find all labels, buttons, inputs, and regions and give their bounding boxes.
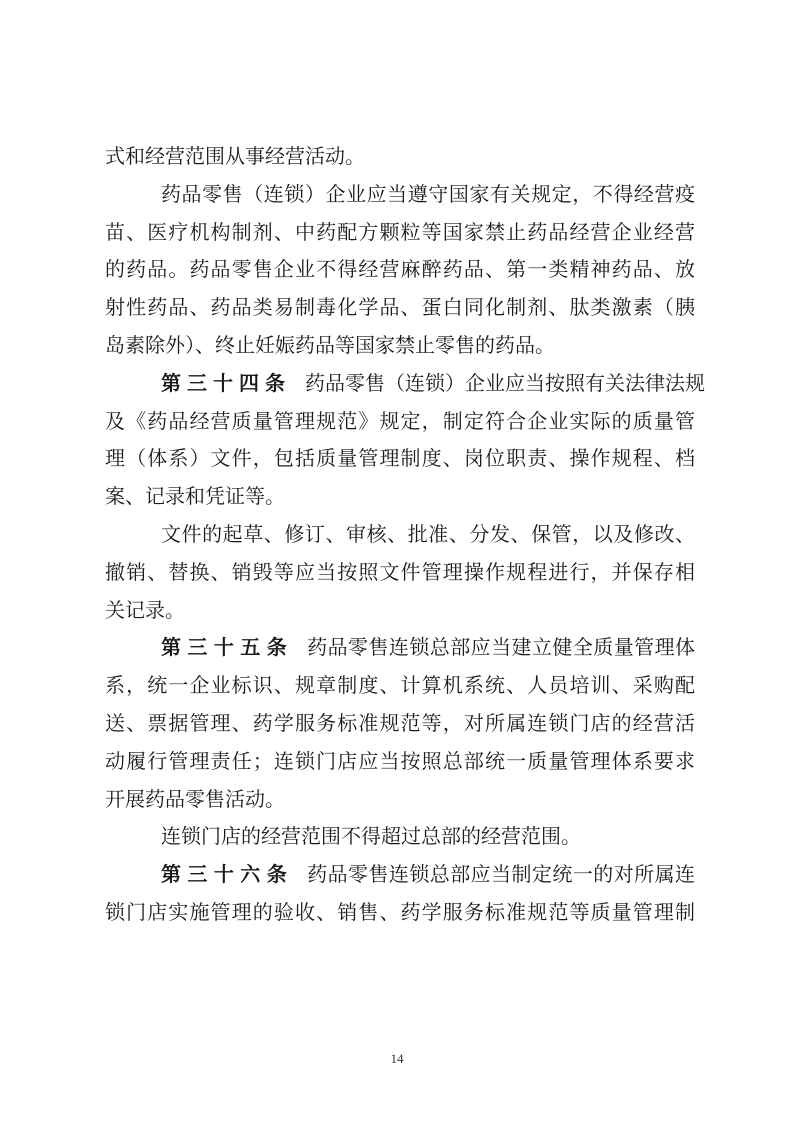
text-line: 射性药品、药品类易制毒化学品、蛋白同化制剂、肽类激素（胰 — [105, 289, 695, 327]
document-page: 式和经营范围从事经营活动。 药品零售（连锁）企业应当遵守国家有关规定，不得经营疫… — [105, 138, 695, 932]
text-line: 及《药品经营质量管理规范》规定，制定符合企业实际的质量管 — [105, 403, 695, 441]
article-text: 药品零售（连锁）企业应当按照有关法律法规 — [305, 371, 705, 395]
text-line: 案、记录和凭证等。 — [105, 478, 695, 516]
text-line: 的药品。药品零售企业不得经营麻醉药品、第一类精神药品、放 — [105, 251, 695, 289]
text-line: 岛素除外）、终止妊娠药品等国家禁止零售的药品。 — [105, 327, 695, 365]
article-number: 第三十六条 — [161, 862, 293, 886]
text-line: 送、票据管理、药学服务标准规范等，对所属连锁门店的经营活 — [105, 705, 695, 743]
article-number: 第三十五条 — [161, 635, 293, 659]
page-number: 14 — [0, 1051, 794, 1067]
text-line: 文件的起草、修订、审核、批准、分发、保管，以及修改、 — [105, 516, 695, 554]
text-line: 关记录。 — [105, 592, 695, 630]
text-line: 撤销、替换、销毁等应当按照文件管理操作规程进行，并保存相 — [105, 554, 695, 592]
article-number: 第三十四条 — [161, 371, 291, 395]
text-line: 锁门店实施管理的验收、销售、药学服务标准规范等质量管理制 — [105, 894, 695, 932]
article-heading-line: 第三十四条药品零售（连锁）企业应当按照有关法律法规 — [105, 365, 695, 403]
text-line: 苗、医疗机构制剂、中药配方颗粒等国家禁止药品经营企业经营 — [105, 214, 695, 252]
text-line: 理（体系）文件，包括质量管理制度、岗位职责、操作规程、档 — [105, 440, 695, 478]
text-line: 式和经营范围从事经营活动。 — [105, 138, 695, 176]
article-heading-line: 第三十五条药品零售连锁总部应当建立健全质量管理体 — [105, 629, 695, 667]
article-heading-line: 第三十六条药品零售连锁总部应当制定统一的对所属连 — [105, 856, 695, 894]
text-line: 药品零售（连锁）企业应当遵守国家有关规定，不得经营疫 — [105, 176, 695, 214]
text-line: 系，统一企业标识、规章制度、计算机系统、人员培训、采购配 — [105, 667, 695, 705]
text-line: 连锁门店的经营范围不得超过总部的经营范围。 — [105, 818, 695, 856]
article-text: 药品零售连锁总部应当制定统一的对所属连 — [307, 862, 695, 886]
article-text: 药品零售连锁总部应当建立健全质量管理体 — [307, 635, 695, 659]
text-line: 开展药品零售活动。 — [105, 781, 695, 819]
text-line: 动履行管理责任；连锁门店应当按照总部统一质量管理体系要求 — [105, 743, 695, 781]
